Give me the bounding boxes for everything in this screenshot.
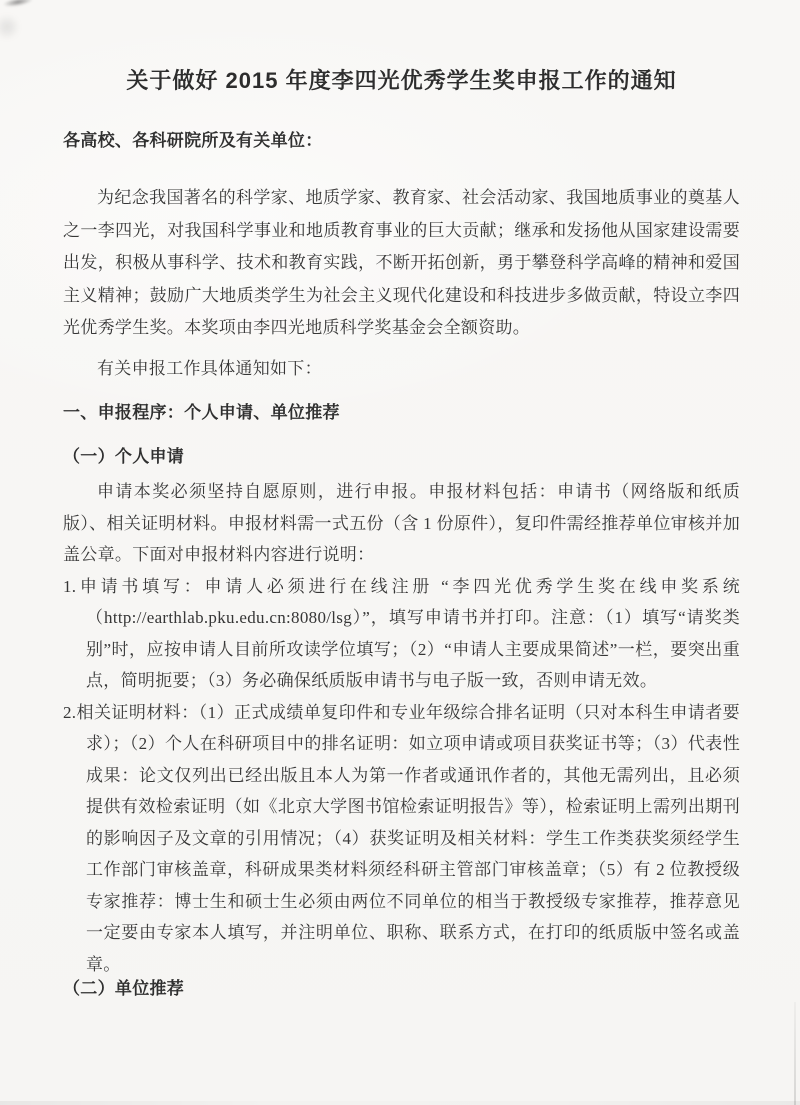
intro-paragraph: 为纪念我国著名的科学家、地质学家、教育家、社会活动家、我国地质事业的奠基人之一李… xyxy=(63,182,740,345)
subsection-1-paragraph: 申请本奖必须坚持自愿原则，进行申报。申报材料包括：申请书（网络版和纸质版）、相关… xyxy=(63,476,740,571)
numbered-item-2: 2.相关证明材料：（1）正式成绩单复印件和专业年级综合排名证明（只对本科生申请者… xyxy=(63,697,740,981)
scan-corner-smudge-faint xyxy=(0,14,20,40)
numbered-item-1: 1.申请书填写：申请人必须进行在线注册 “李四光优秀学生奖在线申奖系统（http… xyxy=(63,571,740,697)
salutation-line: 各高校、各科研院所及有关单位： xyxy=(63,128,740,154)
section-1-heading: 一、申报程序：个人申请、单位推荐 xyxy=(63,398,740,428)
scan-right-edge-line xyxy=(794,1002,796,1105)
notice-intro-line: 有关申报工作具体通知如下： xyxy=(63,353,740,386)
scanned-page: 关于做好 2015 年度李四光优秀学生奖申报工作的通知 各高校、各科研院所及有关… xyxy=(0,0,800,1105)
document-body: 关于做好 2015 年度李四光优秀学生奖申报工作的通知 各高校、各科研院所及有关… xyxy=(63,64,740,1004)
document-title: 关于做好 2015 年度李四光优秀学生奖申报工作的通知 xyxy=(63,64,740,98)
subsection-1-heading: （一）个人申请 xyxy=(63,442,740,472)
subsection-2-heading: （二）单位推荐 xyxy=(63,974,740,1004)
scan-bottom-edge-shadow xyxy=(0,1101,800,1105)
scan-corner-smudge xyxy=(3,0,34,9)
